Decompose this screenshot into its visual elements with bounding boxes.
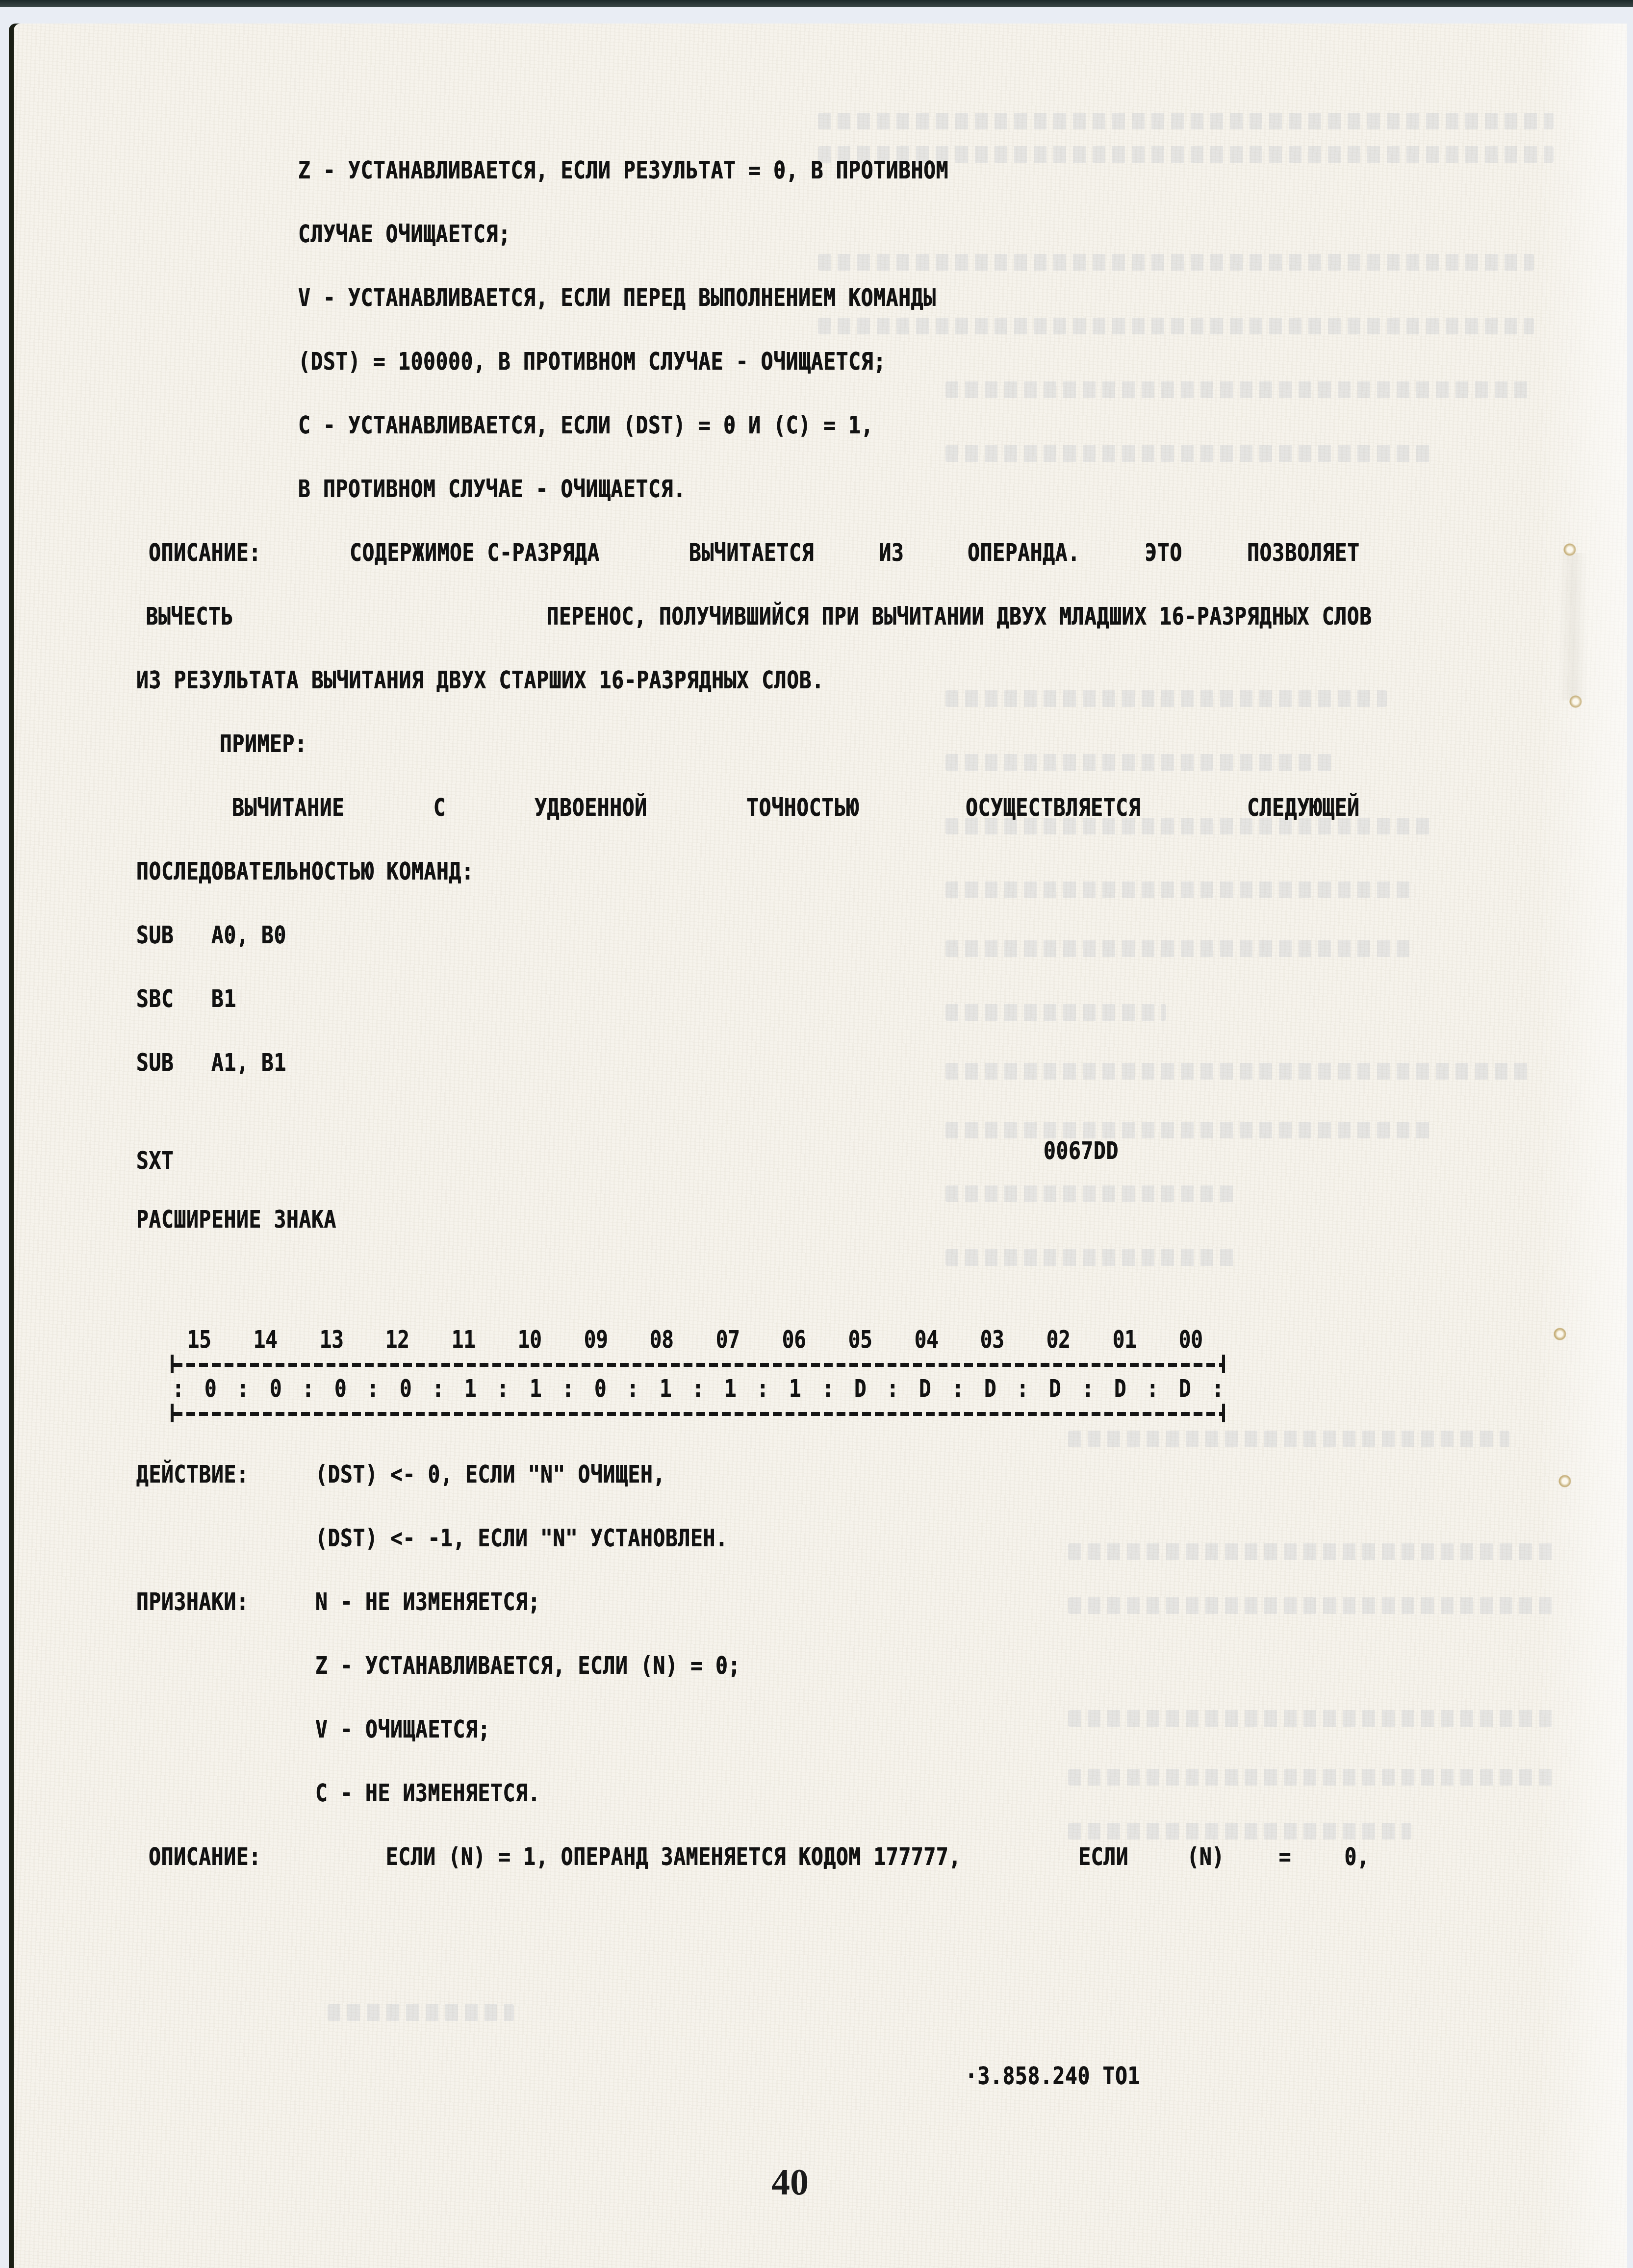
sbc-description-line1: ОПИСАНИЕ: СОДЕРЖИМОЕ С-РАЗРЯДА ВЫЧИТАЕТС… bbox=[136, 538, 1372, 567]
bit-number: 04 bbox=[914, 1325, 938, 1354]
bit-value: 0 bbox=[334, 1374, 347, 1403]
flag-v: V - ОЧИЩАЕТСЯ; bbox=[315, 1715, 490, 1743]
description-word: (N) bbox=[1187, 1842, 1225, 1871]
scanner-edge bbox=[0, 0, 1633, 7]
staple-hole bbox=[1569, 695, 1582, 708]
flag-v-line2: (DST) = 100000, В ПРОТИВНОМ СЛУЧАЕ - ОЧИ… bbox=[298, 347, 886, 376]
bit-number: 03 bbox=[980, 1325, 1004, 1354]
bit-number: 01 bbox=[1112, 1325, 1136, 1354]
code-line: SBC B1 bbox=[136, 984, 236, 1013]
code-line: SUB A0, B0 bbox=[136, 921, 286, 949]
bit-separator: : bbox=[302, 1374, 314, 1403]
bit-separator: : bbox=[497, 1374, 509, 1403]
code-line: SUB A1, B1 bbox=[136, 1048, 286, 1077]
flag-c: C - НЕ ИЗМЕНЯЕТСЯ. bbox=[315, 1779, 540, 1807]
bit-number: 15 bbox=[187, 1325, 211, 1354]
flags-label: ПРИЗНАКИ: bbox=[136, 1588, 249, 1616]
description-word: ВЫЧИТАЕТСЯ bbox=[689, 538, 814, 567]
bleed-through-text bbox=[945, 445, 1436, 462]
table-top-rule bbox=[171, 1357, 1225, 1371]
bit-number: 06 bbox=[782, 1325, 806, 1354]
bit-separator: : bbox=[887, 1374, 899, 1403]
sbc-description-line2: ВЫЧЕСТЬ ПЕРЕНОС, ПОЛУЧИВШИЙСЯ ПРИ ВЫЧИТА… bbox=[136, 602, 1372, 630]
bit-value: D bbox=[984, 1374, 996, 1403]
sxt-description-line1: ОПИСАНИЕ: ЕСЛИ (N) = 1, ОПЕРАНД ЗАМЕНЯЕТ… bbox=[136, 1842, 1372, 1871]
example-line2: ПОСЛЕДОВАТЕЛЬНОСТЬЮ КОМАНД: bbox=[136, 857, 474, 885]
bit-number: 14 bbox=[253, 1325, 277, 1354]
sxt-title: РАСШИРЕНИЕ ЗНАКА bbox=[136, 1205, 336, 1234]
bit-separator: : bbox=[757, 1374, 769, 1403]
example-label: ПРИМЕР: bbox=[220, 730, 307, 758]
description-word: ОПЕРАНДА. bbox=[968, 538, 1080, 567]
bleed-through-text bbox=[1068, 1597, 1558, 1614]
bit-value: 0 bbox=[269, 1374, 281, 1403]
bit-value: 1 bbox=[724, 1374, 737, 1403]
bit-number: 10 bbox=[517, 1325, 541, 1354]
flag-c-line1: C - УСТАНАВЛИВАЕТСЯ, ЕСЛИ (DST) = 0 И (C… bbox=[298, 411, 873, 439]
bleed-through-text bbox=[945, 754, 1338, 771]
example-word: С bbox=[433, 793, 446, 822]
bleed-through-text bbox=[945, 1185, 1240, 1202]
page-number: 40 bbox=[771, 2161, 809, 2204]
bleed-through-text bbox=[328, 2004, 514, 2021]
bit-number: 12 bbox=[385, 1325, 409, 1354]
bleed-through-text bbox=[1068, 1710, 1558, 1727]
flag-z-line1: Z - УСТАНАВЛИВАЕТСЯ, ЕСЛИ РЕЗУЛЬТАТ = 0,… bbox=[298, 156, 948, 184]
bleed-through-text bbox=[1068, 1823, 1411, 1840]
flag-n: N - НЕ ИЗМЕНЯЕТСЯ; bbox=[315, 1588, 540, 1616]
example-word: ТОЧНОСТЬЮ bbox=[746, 793, 859, 822]
flag-z: Z - УСТАНАВЛИВАЕТСЯ, ЕСЛИ (N) = 0; bbox=[315, 1651, 740, 1680]
description-word: ВЫЧЕСТЬ bbox=[146, 602, 234, 630]
bit-separator: : bbox=[1081, 1374, 1094, 1403]
example-line1: ВЫЧИТАНИЕ С УДВОЕННОЙ ТОЧНОСТЬЮ ОСУЩЕСТВ… bbox=[220, 793, 1372, 822]
description-word: ИЗ bbox=[879, 538, 904, 567]
bit-separator: : bbox=[627, 1374, 639, 1403]
description-word: 0, bbox=[1344, 1842, 1369, 1871]
bleed-through-text bbox=[1068, 1543, 1558, 1560]
bleed-through-text bbox=[818, 113, 1554, 129]
flag-z-line2: СЛУЧАЕ ОЧИЩАЕТСЯ; bbox=[298, 220, 511, 248]
bit-separator: : bbox=[691, 1374, 704, 1403]
bit-value: 0 bbox=[594, 1374, 607, 1403]
bit-number: 05 bbox=[848, 1325, 872, 1354]
bit-value-row: :0:0:0:0:1:1:0:1:1:1:D:D:D:D:D:D: bbox=[171, 1374, 1225, 1403]
bleed-through-text bbox=[945, 690, 1387, 707]
bleed-through-text bbox=[945, 1004, 1166, 1021]
bit-value: 1 bbox=[659, 1374, 671, 1403]
bit-value: 0 bbox=[204, 1374, 217, 1403]
bleed-through-text bbox=[945, 1063, 1534, 1080]
bit-separator: : bbox=[562, 1374, 574, 1403]
bleed-through-text bbox=[945, 1122, 1436, 1138]
bleed-through-text bbox=[945, 940, 1411, 957]
description-word: СОДЕРЖИМОЕ С-РАЗРЯДА bbox=[350, 538, 600, 567]
flag-c-line2: В ПРОТИВНОМ СЛУЧАЕ - ОЧИЩАЕТСЯ. bbox=[298, 475, 686, 503]
staple-hole bbox=[1563, 543, 1576, 556]
description-word: ПОЗВОЛЯЕТ bbox=[1247, 538, 1360, 567]
bit-value: D bbox=[1049, 1374, 1061, 1403]
bit-number: 09 bbox=[584, 1325, 608, 1354]
document-page: Z - УСТАНАВЛИВАЕТСЯ, ЕСЛИ РЕЗУЛЬТАТ = 0,… bbox=[14, 24, 1627, 2268]
action-line: (DST) <- 0, ЕСЛИ "N" ОЧИЩЕН, bbox=[315, 1460, 665, 1488]
bit-separator: : bbox=[172, 1374, 184, 1403]
bit-separator: : bbox=[367, 1374, 379, 1403]
bit-value: D bbox=[854, 1374, 867, 1403]
bit-number-row: 15141312111009080706050403020100 bbox=[171, 1325, 1225, 1354]
flag-v-line1: V - УСТАНАВЛИВАЕТСЯ, ЕСЛИ ПЕРЕД ВЫПОЛНЕН… bbox=[298, 283, 936, 312]
bit-separator: : bbox=[1211, 1374, 1224, 1403]
bleed-through-text bbox=[1068, 1769, 1558, 1786]
action-label: ДЕЙСТВИЕ: bbox=[136, 1460, 249, 1488]
description-label: ОПИСАНИЕ: bbox=[149, 1842, 261, 1871]
bit-value: D bbox=[919, 1374, 931, 1403]
bit-number: 00 bbox=[1178, 1325, 1202, 1354]
bit-value: 1 bbox=[464, 1374, 477, 1403]
description-word: ЕСЛИ (N) = 1, ОПЕРАНД ЗАМЕНЯЕТСЯ КОДОМ 1… bbox=[385, 1842, 961, 1871]
example-word: ВЫЧИТАНИЕ bbox=[232, 793, 345, 822]
action-line: (DST) <- -1, ЕСЛИ "N" УСТАНОВЛЕН. bbox=[315, 1524, 728, 1552]
bit-separator: : bbox=[821, 1374, 834, 1403]
bit-number: 02 bbox=[1046, 1325, 1071, 1354]
bleed-through-text bbox=[818, 318, 1534, 334]
bleed-through-text bbox=[945, 381, 1534, 398]
example-word: УДВОЕННОЙ bbox=[535, 793, 647, 822]
sxt-mnemonic: SXT bbox=[136, 1146, 174, 1175]
bit-value: D bbox=[1114, 1374, 1126, 1403]
bit-separator: : bbox=[1147, 1374, 1159, 1403]
staple-shadow bbox=[1558, 553, 1588, 700]
bit-value: D bbox=[1179, 1374, 1191, 1403]
bit-number: 07 bbox=[716, 1325, 740, 1354]
description-word: ЕСЛИ bbox=[1078, 1842, 1128, 1871]
instruction-format-table: 15141312111009080706050403020100 :0:0:0:… bbox=[171, 1325, 1225, 1423]
bit-separator: : bbox=[1017, 1374, 1029, 1403]
bit-number: 11 bbox=[452, 1325, 476, 1354]
bleed-through-text bbox=[945, 882, 1411, 898]
bit-separator: : bbox=[237, 1374, 249, 1403]
description-word: ЭТО bbox=[1145, 538, 1183, 567]
bit-value: 1 bbox=[789, 1374, 801, 1403]
bit-value: 0 bbox=[399, 1374, 411, 1403]
bleed-through-text bbox=[818, 254, 1534, 271]
example-word: СЛЕДУЮЩЕЙ bbox=[1247, 793, 1360, 822]
description-word: = bbox=[1279, 1842, 1292, 1871]
sxt-opcode: 0067DD bbox=[1044, 1136, 1119, 1165]
bit-number: 13 bbox=[319, 1325, 343, 1354]
staple-hole bbox=[1558, 1475, 1571, 1487]
description-word: ПЕРЕНОС, ПОЛУЧИВШИЙСЯ ПРИ ВЫЧИТАНИИ ДВУХ… bbox=[547, 602, 1372, 630]
table-bottom-rule bbox=[171, 1406, 1225, 1420]
bleed-through-text bbox=[945, 1249, 1240, 1266]
description-label: ОПИСАНИЕ: bbox=[149, 538, 261, 567]
bit-value: 1 bbox=[529, 1374, 541, 1403]
staple-hole bbox=[1554, 1328, 1566, 1340]
bleed-through-text bbox=[1068, 1431, 1509, 1447]
bit-number: 08 bbox=[650, 1325, 674, 1354]
bit-separator: : bbox=[951, 1374, 964, 1403]
example-word: ОСУЩЕСТВЛЯЕТСЯ bbox=[966, 793, 1141, 822]
sbc-description-line3: ИЗ РЕЗУЛЬТАТА ВЫЧИТАНИЯ ДВУХ СТАРШИХ 16-… bbox=[136, 666, 824, 694]
bit-separator: : bbox=[432, 1374, 444, 1403]
document-code: ·3.858.240 ТО1 bbox=[965, 2062, 1140, 2090]
